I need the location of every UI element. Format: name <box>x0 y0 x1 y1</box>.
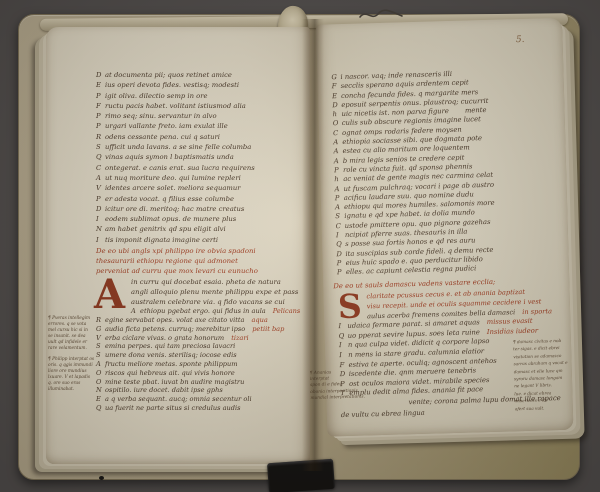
verse-text: emina perpes. qui tam preciosa lavacri <box>105 342 235 350</box>
verse-line: Itis imponit dignata imagine certi <box>96 235 284 245</box>
verse-line: Nospitilo. iure docet. dabit ipse gphs <box>96 386 284 395</box>
gloss-text: damasc et elie luce qm <box>514 368 563 374</box>
rubric-word: petiit bap <box>252 325 284 333</box>
verse-initial: P <box>334 166 343 176</box>
verse-line: Primo seq; sinu. servantur in alvo <box>96 111 284 121</box>
left-margin-gloss-1: ¶ Pveras intellegimerrores. q se votamel… <box>48 316 102 351</box>
rubric-line: perveniat ad curru que mox levari cu eun… <box>96 266 284 276</box>
verse-text: ructu pacis habet. volitant istiusmod al… <box>105 102 246 110</box>
gloss-text: uult qd infidele er <box>48 340 87 345</box>
verse-initial: C <box>333 129 342 139</box>
verse-text: igit oliva. dilectio semp in ore <box>105 92 207 100</box>
rubric-word: missus evasit <box>487 317 533 326</box>
verse-text: ut nuq moriture deo. qui lumine repleri <box>105 174 241 182</box>
margin-word: mente <box>465 106 487 115</box>
gloss-text: spon di e fides; <box>310 382 343 388</box>
verse-line: Pigit oliva. dilectio semp in ore <box>96 91 284 101</box>
verse-initial: V <box>96 183 105 193</box>
rubric-text: De eo ubi angls xpi philippo ire obvia s… <box>96 247 256 255</box>
right-page: 5. Gi nascor. vaq; inde renasceris illi … <box>316 18 573 437</box>
gloss-text: interptat <box>310 377 329 383</box>
illuminated-initial-s: S <box>338 292 363 321</box>
verse-line: Qua fuerit ne parte situs si credulus au… <box>96 404 284 413</box>
manuscript-book: Dat documenta pii; quos retinet amice Ei… <box>14 5 586 483</box>
verse-text: am habet genitrix qd spu eligit alvi <box>105 225 226 233</box>
verse-initial: C <box>336 222 345 232</box>
verse-text: fructu meliore metas. sponte philippum <box>105 360 238 368</box>
verse-line: Oriscos qui hebreus ait. qui vivis honor… <box>96 369 284 378</box>
ink-spot <box>99 476 104 480</box>
verse-text: urgari vallante freto. iam exulat ille <box>105 122 228 130</box>
rubric-line: thesaurarii ethiopu regione qui admonet <box>96 256 284 266</box>
verse-initial: D <box>332 101 341 111</box>
verse-initial: P <box>335 194 344 204</box>
verse-initial: F <box>332 82 341 92</box>
gloss-text: rare velamentum. <box>48 346 87 351</box>
verse-text: er adesta vocat. q filius esse columbe <box>105 195 234 203</box>
verse-line: Fructu pacis habet. volitant istiusmod a… <box>96 101 284 111</box>
rubric-word: Insidias iudeor <box>487 326 538 335</box>
left-margin-gloss-2: ¶ Philipp interptat osoris. q qgis immun… <box>48 357 106 392</box>
verse-initial: D <box>336 250 345 260</box>
verse-initial: P <box>96 121 105 131</box>
gloss-text: oris. q qgis immundi <box>48 363 93 368</box>
gloss-text: ¶ Pveras intellegim <box>48 316 90 321</box>
right-margin-gloss: ¶ damasc civitas e nobter sigas. e dicit… <box>513 336 587 412</box>
verse-text: de vultu cu ebrea lingua <box>341 408 425 418</box>
verse-text: ontegerat. e canis erat. sua lucra requi… <box>105 164 255 172</box>
verse-line: Nam habet genitrix qd spu eligit alvi <box>96 224 284 234</box>
verse-line: Rodens cessante pena. cui q saturi <box>96 132 284 142</box>
left-verse-bottom: Aethiopu pgebat ergo. qui fidus in aulaP… <box>96 307 284 413</box>
verse-initial: A <box>335 203 344 213</box>
verse-line: Eius operi devota fides. vestisq; modest… <box>96 80 284 90</box>
verse-line: Aut nuq moriture deo. qui lumine repleri <box>96 173 284 183</box>
verse-line: Regine servabat opes. volat axe citato v… <box>96 316 284 325</box>
right-verse-top: Gi nascor. vaq; inde renasceris illi Fse… <box>331 67 557 278</box>
verse-line: Videntes arcere solet. meliora sequamur <box>96 183 284 193</box>
verse-initial: C <box>96 163 105 173</box>
gloss-text: syroru damasc longam <box>514 375 562 381</box>
verse-initial: F <box>339 360 348 370</box>
verse-initial: O <box>333 119 342 129</box>
gloss-text: visitation se adamasco <box>513 353 561 359</box>
left-rubric: De eo ubi angls xpi philippo ire obvia s… <box>96 246 284 277</box>
verse-initial: P <box>96 111 105 121</box>
gloss-text: ¶ Ananias <box>310 370 332 376</box>
verse-line: Purgari vallante freto. iam exulat ille <box>96 121 284 131</box>
verse-text: ua fuerit ne parte situs si credulus aud… <box>105 404 240 412</box>
verse-initial: I <box>96 214 105 224</box>
rubric-line: De eo ubi angls xpi philippo ire obvia s… <box>96 246 284 256</box>
verse-initial: A <box>131 307 140 316</box>
gloss-text: sarras abraham q vocat e <box>513 360 567 367</box>
verse-initial: A <box>333 138 342 148</box>
verse-line: Omine teste pbat. iuvat bn audire magist… <box>96 378 284 387</box>
ink-doodle <box>358 7 404 27</box>
verse-initial: Q <box>339 332 348 342</box>
gloss-text: q. ore suo eras <box>48 381 80 386</box>
verse-line: Dat documenta pii; quos retinet amice <box>96 70 284 80</box>
verse-line: Ieodem sublimat opus. de munere plus <box>96 214 284 224</box>
verse-text: egine servabat opes. volat axe citato vi… <box>105 316 244 324</box>
gloss-text: lue. e dicat ebrea <box>514 390 551 396</box>
verse-initial: S <box>96 142 105 152</box>
gloss-text: errores. q se vota <box>48 322 86 327</box>
gloss-text: liore ore mundius <box>48 369 87 374</box>
gloss-line: illuminabat. <box>48 387 106 393</box>
verse-text: in curru qui docebat esaia. pheta de nat… <box>131 278 281 286</box>
verse-initial: S <box>335 212 344 222</box>
verse-line: Semina perpes. qui tam preciosa lavacri <box>96 342 284 351</box>
verse-initial: F <box>96 101 105 111</box>
verse-line: Verba ciclare vivas. o grata honorumtiza… <box>96 334 284 343</box>
verse-text: identes arcere solet. meliora sequamur <box>105 184 240 192</box>
gloss-text: misericors e ibi <box>515 398 548 404</box>
verse-text: at documenta pii; quos retinet amice <box>105 71 232 79</box>
verse-line: Contegerat. e canis erat. sua lucra requ… <box>96 163 284 173</box>
rubric-text: thesaurarii ethiopu regione qui admonet <box>96 257 238 265</box>
verse-text: mine teste pbat. iuvat bn audire magistr… <box>105 378 244 386</box>
verse-initial: E <box>96 80 105 90</box>
gloss-text: lxuare. V et lapadis <box>48 375 90 380</box>
verse-initial: I <box>336 231 345 241</box>
verse-text: ufficit unda lavans. a se sine felle col… <box>105 143 251 151</box>
verse-text: icitur ore di. meritoq; hac matre creatu… <box>105 205 244 213</box>
verse-initial: A <box>333 147 342 157</box>
gloss-text: ter sigas. e dicit ebrei <box>513 345 560 351</box>
verse-initial: Q <box>336 240 345 250</box>
gloss-text: se insanit. se dea <box>48 334 86 339</box>
verse-line: Dicitur ore di. meritoq; hac matre creat… <box>96 204 284 214</box>
verse-text: ethiopu pgebat ergo. qui fidus in aula <box>140 307 266 315</box>
verse-text: vinas aquis symon l baptismatis unda <box>105 153 234 161</box>
gloss-text: ¶ damasc civitas e nob <box>513 338 561 344</box>
gloss-text: illuminabat. <box>48 387 74 392</box>
rubric-word: aqua <box>251 316 267 324</box>
verse-initial: D <box>96 204 105 214</box>
verse-initial: P <box>96 194 105 204</box>
verse-initial: h <box>332 110 341 120</box>
verse-initial: N <box>96 224 105 234</box>
photograph-background: Dat documenta pii; quos retinet amice Ei… <box>0 0 600 492</box>
verse-initial: D <box>96 70 105 80</box>
verse-text: ius operi devota fides. vestisq; modesti <box>105 81 239 89</box>
gloss-line: rare velamentum. <box>48 346 102 352</box>
verse-initial: A <box>334 157 343 167</box>
verse-line: Sumere dona venis. sterilisq; iocose edi… <box>96 351 284 360</box>
gloss-text: obonia interpositionis <box>310 388 358 394</box>
verse-line: Qvinas aquis symon l baptismatis unda <box>96 152 284 162</box>
verse-initial: Q <box>96 404 105 413</box>
verse-initial: G <box>331 73 340 83</box>
verse-line: Sufficit unda lavans. a se sine felle co… <box>96 142 284 152</box>
verse-line: Ea q verba sequant. aucq; omnia secentur… <box>96 395 284 404</box>
bottom-margin-gloss: ¶ Ananiasinterptatspon di e fides;obonia… <box>310 368 403 402</box>
page-number: 5. <box>516 35 525 45</box>
verse-line: Afructu meliore metas. sponte philippum <box>96 360 284 369</box>
verse-text: eodem sublimat opus. de munere plus <box>105 215 236 223</box>
gloss-text: mundial interpretationis. <box>310 394 365 401</box>
black-clip <box>267 459 335 492</box>
verse-initial: A <box>334 185 343 195</box>
verse-line: Gaudia ficta petens. curruq; merebitur i… <box>96 325 284 334</box>
gloss-text: mel cursu hic si in <box>48 328 88 333</box>
verse-initial: P <box>337 268 346 278</box>
verse-text: odens cessante pena. cui q saturi <box>105 133 220 141</box>
verse-initial: h <box>334 175 343 185</box>
verse-text: tis imponit dignata imagine certi <box>105 236 218 244</box>
rubric-word: Pelicans <box>273 307 301 315</box>
verse-initial: Q <box>96 152 105 162</box>
gloss-text: ne legant V libris. <box>514 383 552 389</box>
verse-initial: E <box>332 92 341 102</box>
verse-initial: R <box>96 132 105 142</box>
verse-text: a q verba sequant. aucq; omnia secentur … <box>105 395 252 403</box>
verse-initial: A <box>96 173 105 183</box>
verse-initial: I <box>338 322 347 332</box>
rubric-word: tizari <box>231 334 248 342</box>
verse-initial: E <box>96 395 105 404</box>
left-page-text: Dat documenta pii; quos retinet amice Ei… <box>96 70 284 413</box>
illuminated-initial-a: A <box>94 278 125 311</box>
verse-initial: P <box>96 91 105 101</box>
left-dropcap-section: A in curru qui docebat esaia. pheta de n… <box>96 277 284 308</box>
rubric-text: perveniat ad curru que mox levari cu eun… <box>96 267 258 275</box>
verse-text: ospitilo. iure docet. dabit ipse gphs <box>105 386 223 394</box>
gloss-text: ¶ Philipp interptat os <box>48 357 94 362</box>
verse-text: angli alloquio plenu mente philippu expe… <box>131 288 298 296</box>
verse-text: umere dona venis. sterilisq; iocose edis <box>105 351 237 359</box>
rubric-word: in sporta <box>522 307 552 316</box>
verse-text: erba ciclare vivas. o grata honorum <box>105 334 224 342</box>
left-verse-top: Dat documenta pii; quos retinet amice Ei… <box>96 70 284 245</box>
verse-initial: P <box>337 259 346 269</box>
verse-text: audia ficta petens. curruq; merebitur ip… <box>105 325 245 333</box>
verse-initial: I <box>339 341 348 351</box>
verse-text: riscos qui hebreus ait. qui vivis honore <box>105 369 235 377</box>
gloss-text: afert sua vult. <box>515 405 545 411</box>
verse-text: rimo seq; sinu. servantur in alvo <box>105 112 217 120</box>
verse-initial: I <box>96 235 105 245</box>
verse-line: Per adesta vocat. q filius esse columbe <box>96 194 284 204</box>
verse-text: australem celebrare via. q fido vacans s… <box>131 298 285 306</box>
verse-initial: I <box>339 351 348 361</box>
left-page: Dat documenta pii; quos retinet amice Ei… <box>46 27 310 464</box>
